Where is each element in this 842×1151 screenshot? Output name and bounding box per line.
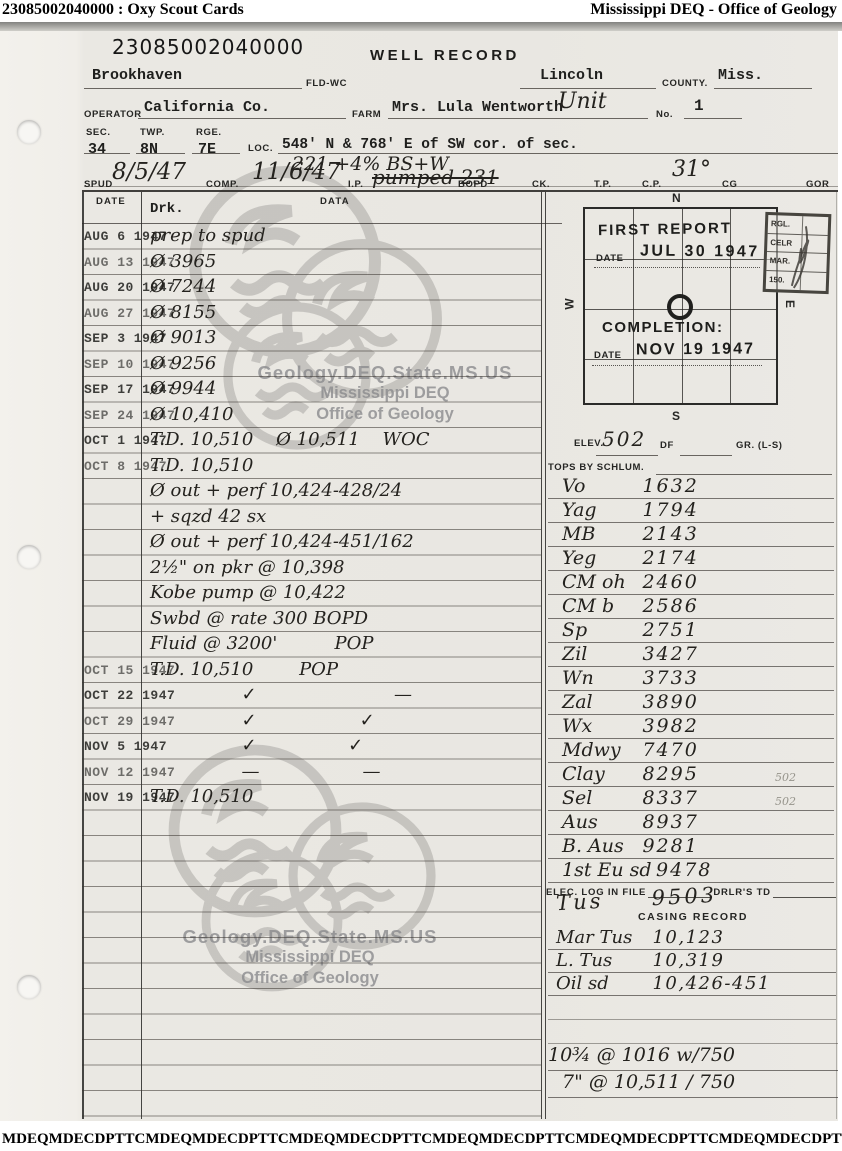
casing-depth-handwritten: 10,426-451 <box>652 973 770 994</box>
punch-hole <box>17 545 41 569</box>
log-entry-handwritten: Fluid @ 3200' POP <box>150 633 374 654</box>
formation-top-entry: CM b 2586 <box>548 595 834 619</box>
elev-value-handwritten: 502 <box>602 427 646 451</box>
farm-unit-handwritten: Unit <box>558 89 607 114</box>
county-label: COUNTY. <box>662 78 708 89</box>
log-row: NOV 12 1947 — — <box>82 760 541 786</box>
twp-value: 8N <box>140 141 158 158</box>
log-entry-handwritten: Ø 8155 <box>150 302 216 323</box>
log-entry-handwritten: Ø 9944 <box>150 378 216 399</box>
formation-name-handwritten: Sp <box>562 619 638 641</box>
comp-date-handwritten: 11/6/47 <box>252 159 341 185</box>
formation-name-handwritten: B. Aus <box>562 835 638 857</box>
footer-token: PTTC <box>392 1131 432 1148</box>
casing-entry: Oil sd 10,426-451 <box>548 973 836 996</box>
footer-stamp-row: MDEQ MDECD PTTC MDEQ MDECD PTTC MDEQ MDE… <box>0 1121 842 1151</box>
cp-label: C.P. <box>642 179 662 190</box>
first-report-date-label: DATE <box>596 253 624 264</box>
rule-line <box>680 455 732 456</box>
compass-west-label: W <box>563 298 577 309</box>
formation-name-handwritten: MB <box>562 523 638 545</box>
cp-value-handwritten: 31° <box>672 157 711 182</box>
county-value: Lincoln <box>540 67 603 84</box>
scan-right-edge <box>838 31 842 1121</box>
scan-top-edge <box>0 22 842 31</box>
gor-label: GOR <box>806 179 829 190</box>
log-row: + sqzd 42 sx <box>82 505 541 531</box>
footer-token: MDECD <box>335 1131 392 1148</box>
casing-note-handwritten: 10¾ @ 1016 w/750 <box>548 1044 840 1071</box>
well-no-label: No. <box>656 109 673 120</box>
formation-depth-handwritten: 2751 <box>642 619 698 641</box>
casing-note-handwritten: 7" @ 10,511 / 750 <box>548 1071 840 1098</box>
casing-name-handwritten: Mar Tus <box>556 927 648 948</box>
log-row: SEP 3 1947 Ø 9013 <box>82 326 541 352</box>
formation-name-handwritten: Vo <box>562 475 638 497</box>
formation-top-entry: Wx 3982 <box>548 715 834 739</box>
cg-label: CG <box>722 179 737 190</box>
handwritten-scribble <box>766 215 829 291</box>
daily-log-rows: AUG 6 1947 prep to spud AUG 13 1947 Ø 39… <box>82 224 541 1120</box>
log-row: AUG 27 1947 Ø 8155 <box>82 301 541 327</box>
log-entry-handwritten: Ø out + perf 10,424-428/24 <box>150 480 402 501</box>
well-location-marker <box>667 294 693 320</box>
viewer-header: 23085002040000 : Oxy Scout Cards Mississ… <box>0 0 842 22</box>
casing-depth-handwritten: 10,123 <box>652 927 724 948</box>
formation-depth-handwritten: 1632 <box>642 475 698 497</box>
footer-token: MDECD <box>765 1131 822 1148</box>
footer-token: MDEQ <box>575 1131 622 1148</box>
log-entry-handwritten: 2½" on pkr @ 10,398 <box>150 557 345 578</box>
table-right-border <box>836 192 837 1119</box>
rule-line <box>136 153 185 154</box>
formation-top-entry: Wn 3733 <box>548 667 834 691</box>
formation-top-entry: Zil 3427 <box>548 643 834 667</box>
formation-depth-handwritten: 8295 <box>642 763 698 785</box>
casing-entry: Mar Tus 10,123 <box>548 927 836 950</box>
casing-record-list: Mar Tus 10,123 L. Tus 10,319 Oil sd 10,4… <box>548 927 836 996</box>
formation-depth-handwritten: 2143 <box>642 523 698 545</box>
rule-line <box>684 118 742 119</box>
formation-depth-handwritten: 9281 <box>642 835 698 857</box>
log-entry-handwritten: Ø 9013 <box>150 327 216 348</box>
gr-label: GR. (L-S) <box>736 440 783 451</box>
tops-header: TOPS BY SCHLUM. <box>548 462 644 473</box>
formation-depth-handwritten: 9478 <box>656 859 712 881</box>
loc-value: 548' N & 768' E of SW cor. of sec. <box>282 137 578 153</box>
completion-date-stamp: NOV 19 1947 <box>636 340 755 359</box>
tp-label: T.P. <box>594 179 612 190</box>
formation-name-handwritten: Mdwy <box>562 739 638 761</box>
log-row: OCT 1 1947 T.D. 10,510 Ø 10,511 WOC <box>82 428 541 454</box>
ip-label: I.P. <box>348 179 363 190</box>
formation-name-handwritten: CM oh <box>562 571 638 593</box>
bopd-label: BOPD <box>458 179 488 190</box>
twp-label: TWP. <box>140 127 165 138</box>
log-entry-handwritten: — — <box>150 761 381 782</box>
formation-top-entry: Vo 1632 <box>548 475 834 499</box>
scanned-card: Geology.DEQ.State.MS.US Mississippi DEQ … <box>0 31 842 1121</box>
rule-line <box>714 88 812 89</box>
log-entry-handwritten: Ø 3965 <box>150 251 216 272</box>
log-entry-handwritten: + sqzd 42 sx <box>150 506 266 527</box>
plat-grid-line <box>730 209 731 403</box>
compass-north-label: N <box>672 191 681 205</box>
formation-top-entry: CM oh 2460 <box>548 571 834 595</box>
state-value: Miss. <box>718 67 763 84</box>
formation-name-handwritten: Zal <box>562 691 638 713</box>
rule-line <box>592 365 762 366</box>
footer-token: PTTC <box>679 1131 719 1148</box>
formation-name-handwritten: Sel <box>562 787 638 809</box>
formation-name-handwritten: Zil <box>562 643 638 665</box>
log-entry-handwritten: Ø out + perf 10,424-451/162 <box>150 531 414 552</box>
rule-line <box>773 887 836 898</box>
data-column-divider <box>541 192 542 1119</box>
date-column-header: DATE <box>96 196 126 207</box>
formation-name-handwritten: Clay <box>562 763 638 785</box>
sec-value: 34 <box>88 141 106 158</box>
log-row: AUG 6 1947 prep to spud <box>82 224 541 250</box>
log-row: NOV 19 1947 T.D. 10,510 <box>82 785 541 811</box>
formation-top-entry: Aus 8937 <box>548 811 834 835</box>
formation-depth-handwritten: 8337 <box>642 787 698 809</box>
spud-label: SPUD <box>84 179 113 190</box>
rge-label: RGE. <box>196 127 222 138</box>
compass-south-label: S <box>672 409 680 423</box>
formation-depth-handwritten: 3890 <box>642 691 698 713</box>
elev-label: ELEV. <box>574 438 604 449</box>
rule-line <box>596 455 658 456</box>
formation-name-handwritten: Aus <box>562 811 638 833</box>
rule-line <box>84 186 838 187</box>
log-row: Swbd @ rate 300 BOPD <box>82 607 541 633</box>
footer-token: MDECD <box>49 1131 106 1148</box>
rule-line <box>594 267 760 268</box>
rule-line <box>138 118 346 119</box>
footer-token: MDEQ <box>2 1131 49 1148</box>
ck-label: CK. <box>532 179 550 190</box>
formation-depth-handwritten: 3427 <box>642 643 698 665</box>
formation-top-entry: Clay 8295 502 <box>548 763 834 787</box>
well-no-value: 1 <box>694 97 704 115</box>
footer-token: MDECD <box>479 1131 536 1148</box>
rule-line <box>192 153 240 154</box>
formation-top-entry: 1st Eu sd 9478 <box>548 859 834 883</box>
log-entry-handwritten: ✓ ✓ <box>150 710 375 731</box>
log-entry-handwritten: prep to spud <box>150 225 266 246</box>
formation-depth-handwritten: 2460 <box>642 571 698 593</box>
pencil-note: 502 <box>775 771 796 784</box>
formation-top-entry: Mdwy 7470 <box>548 739 834 763</box>
formation-depth-handwritten: 2586 <box>642 595 698 617</box>
rule-line <box>548 1019 836 1020</box>
casing-name-handwritten: L. Tus <box>556 950 648 971</box>
log-row: SEP 17 1947 Ø 9944 <box>82 377 541 403</box>
casing-size-notes: 10¾ @ 1016 w/750 7" @ 10,511 / 750 <box>548 1044 840 1098</box>
formation-top-entry: Sp 2751 <box>548 619 834 643</box>
log-entry-handwritten: ✓ ✓ <box>150 735 363 756</box>
formation-tops-list: Vo 1632 Yag 1794 MB 2143 Yeg <box>548 475 834 883</box>
log-row: NOV 5 1947 ✓ ✓ <box>82 734 541 760</box>
formation-depth-handwritten: 2174 <box>642 547 698 569</box>
rule-line <box>388 118 648 119</box>
log-entry-handwritten: Ø 10,410 <box>150 404 233 425</box>
first-report-stamp: FIRST REPORT <box>598 220 732 239</box>
log-row: OCT 8 1947 T.D. 10,510 <box>82 454 541 480</box>
formation-top-entry: Yag 1794 <box>548 499 834 523</box>
log-row: 2½" on pkr @ 10,398 <box>82 556 541 582</box>
log-entry-handwritten: T.D. 10,510 <box>150 455 253 476</box>
formation-name-handwritten: Yag <box>562 499 638 521</box>
log-entry-handwritten: Kobe pump @ 10,422 <box>150 582 346 603</box>
log-entry-handwritten: T.D. 10,510 POP <box>150 659 338 680</box>
formation-top-entry: Sel 8337 502 <box>548 787 834 811</box>
log-entry-handwritten: ✓ — <box>150 684 412 705</box>
completion-stamp: COMPLETION: <box>602 319 724 336</box>
loc-label: LOC. <box>248 143 273 154</box>
rule-line <box>82 190 838 192</box>
log-row: Ø out + perf 10,424-451/162 <box>82 530 541 556</box>
spud-date-handwritten: 8/5/47 <box>112 159 186 185</box>
footer-token: PTTC <box>105 1131 145 1148</box>
footer-token: PTTC <box>822 1131 842 1148</box>
log-row: OCT 15 1947 T.D. 10,510 POP <box>82 658 541 684</box>
formation-name-handwritten: Yeg <box>562 547 638 569</box>
pencil-note: 502 <box>775 795 796 808</box>
log-entry-handwritten: Ø 9256 <box>150 353 216 374</box>
log-entry-handwritten: T.D. 10,510 <box>150 786 253 807</box>
log-row: Fluid @ 3200' POP <box>82 632 541 658</box>
footer-token: PTTC <box>249 1131 289 1148</box>
formation-depth-handwritten: 3733 <box>642 667 698 689</box>
log-row: SEP 24 1947 Ø 10,410 <box>82 403 541 429</box>
log-row: OCT 22 1947 ✓ — <box>82 683 541 709</box>
data-column-divider <box>545 192 546 1119</box>
footer-token: MDECD <box>622 1131 679 1148</box>
sec-label: SEC. <box>86 127 111 138</box>
punch-hole <box>17 120 41 144</box>
formation-depth-handwritten: 7470 <box>642 739 698 761</box>
field-name-value: Brookhaven <box>92 67 182 84</box>
formation-name-handwritten: CM b <box>562 595 638 617</box>
casing-depth-handwritten: 10,319 <box>652 950 724 971</box>
log-row: Kobe pump @ 10,422 <box>82 581 541 607</box>
rge-value: 7E <box>198 141 216 158</box>
compass-east-label: E <box>783 300 797 308</box>
formation-top-entry: Yeg 2174 <box>548 547 834 571</box>
casing-record-header: CASING RECORD <box>548 911 838 923</box>
field-label: FLD-WC <box>306 78 347 89</box>
log-row: AUG 13 1947 Ø 3965 <box>82 250 541 276</box>
rule-line <box>84 153 130 154</box>
formation-top-entry: MB 2143 <box>548 523 834 547</box>
comp-label: COMP. <box>206 179 239 190</box>
formation-top-entry: B. Aus 9281 <box>548 835 834 859</box>
log-row: OCT 29 1947 ✓ ✓ <box>82 709 541 735</box>
df-label: DF <box>660 440 674 451</box>
first-report-date-stamp: JUL 30 1947 <box>640 242 760 261</box>
log-row: Ø out + perf 10,424-428/24 <box>82 479 541 505</box>
footer-token: MDEQ <box>289 1131 336 1148</box>
api-number-stamp: 23085002040000 <box>112 35 304 59</box>
punch-hole <box>17 975 41 999</box>
farm-value: Mrs. Lula Wentworth <box>392 99 563 116</box>
completion-date-label: DATE <box>594 350 622 361</box>
operator-label: OPERATOR <box>84 109 142 120</box>
formation-depth-handwritten: 9503 <box>651 883 718 910</box>
log-row: SEP 10 1947 Ø 9256 <box>82 352 541 378</box>
drlrs-td-label: DRLR'S TD <box>713 887 770 898</box>
card-title: WELL RECORD <box>370 47 520 64</box>
drk-typed-entry: Drk. <box>150 201 184 217</box>
footer-token: MDEQ <box>145 1131 192 1148</box>
footer-token: MDEQ <box>719 1131 766 1148</box>
log-entry-handwritten: T.D. 10,510 Ø 10,511 WOC <box>150 429 430 450</box>
casing-entry: L. Tus 10,319 <box>548 950 836 973</box>
footer-token: PTTC <box>535 1131 575 1148</box>
formation-depth-handwritten: 8937 <box>642 811 698 833</box>
farm-label: FARM <box>352 109 381 120</box>
formation-name-handwritten: Wx <box>562 715 638 737</box>
corner-index-stamp: RGL. CELR MAR. 150. <box>763 212 832 294</box>
footer-token: MDEQ <box>432 1131 479 1148</box>
casing-name-handwritten: Oil sd <box>556 973 648 994</box>
scanned-well-record-page: 23085002040000 : Oxy Scout Cards Mississ… <box>0 0 842 1151</box>
data-column-header: DATA <box>320 196 350 207</box>
operator-value: California Co. <box>144 99 270 116</box>
formation-name-handwritten: 1st Eu sd <box>562 859 652 881</box>
rule-line <box>84 88 302 89</box>
log-entry-handwritten: Swbd @ rate 300 BOPD <box>150 608 368 629</box>
formation-depth-handwritten: 1794 <box>642 499 698 521</box>
header-left-title: 23085002040000 : Oxy Scout Cards <box>2 1 244 22</box>
formation-top-entry: Zal 3890 <box>548 691 834 715</box>
log-row: AUG 20 1947 Ø 7244 <box>82 275 541 301</box>
footer-token: MDECD <box>192 1131 249 1148</box>
header-right-title: Mississippi DEQ - Office of Geology <box>590 1 837 22</box>
formation-depth-handwritten: 3982 <box>642 715 698 737</box>
formation-name-handwritten: Wn <box>562 667 638 689</box>
log-entry-handwritten: Ø 7244 <box>150 276 216 297</box>
